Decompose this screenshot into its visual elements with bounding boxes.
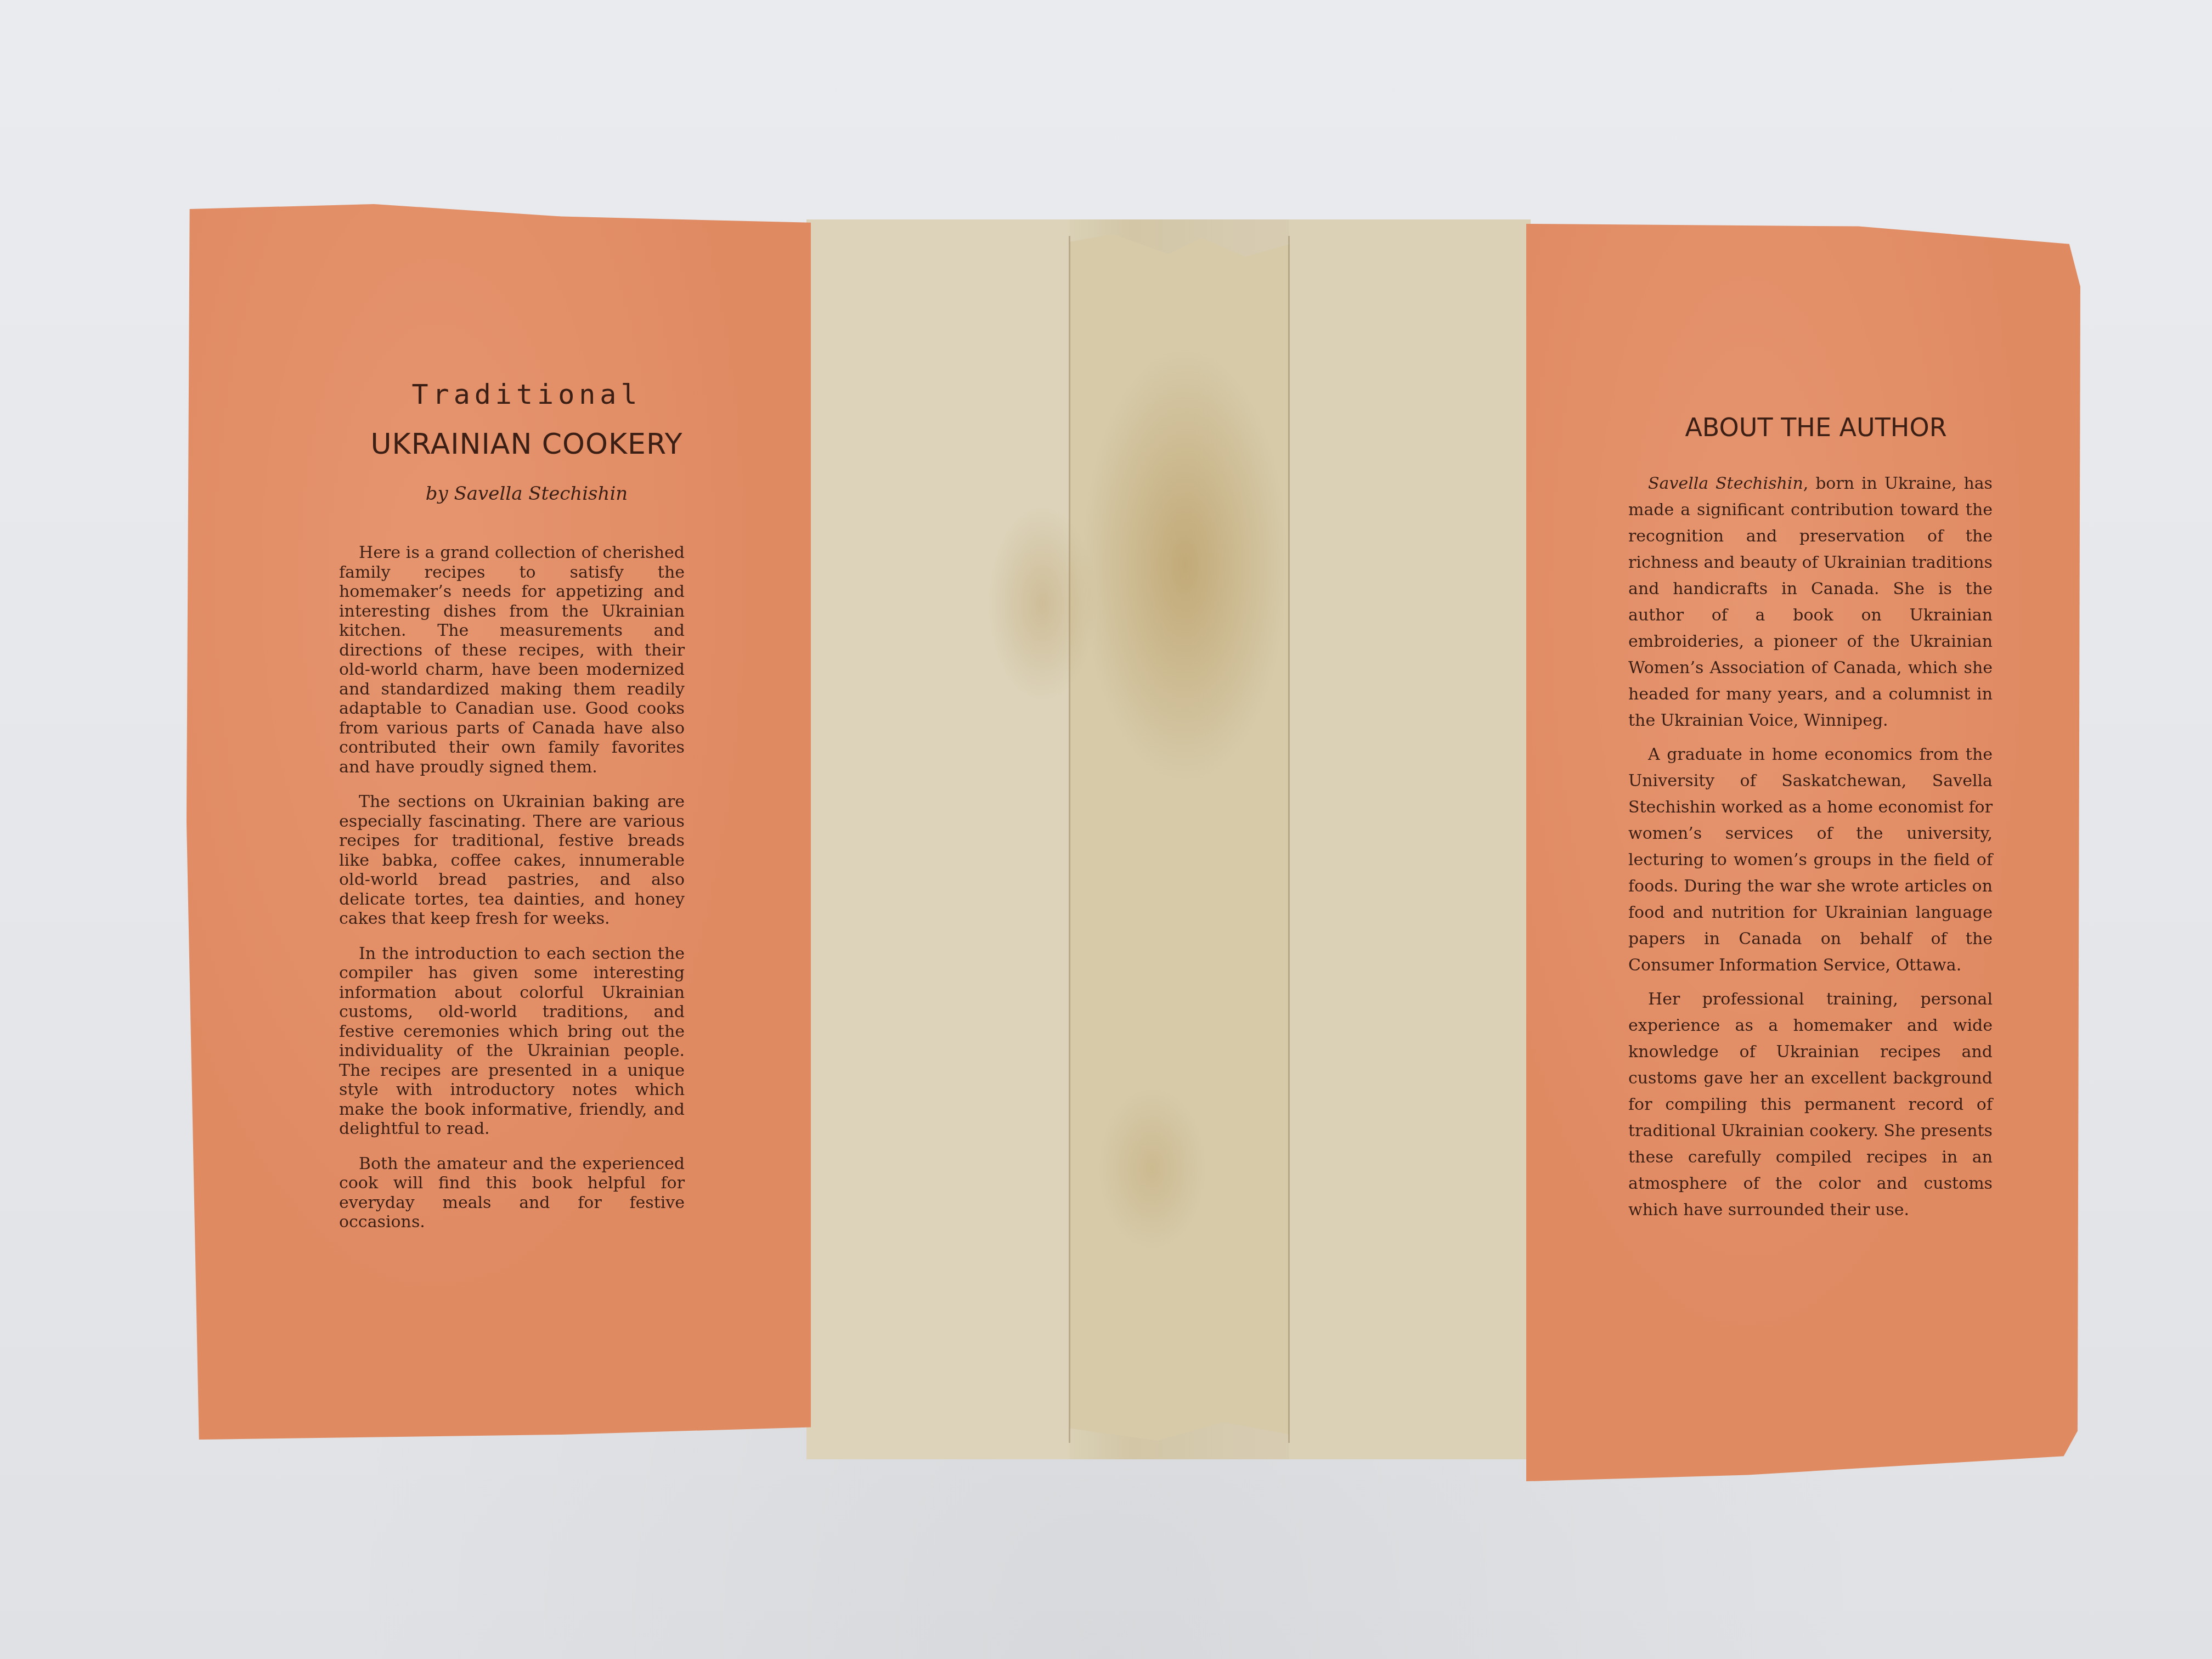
dust-jacket: Traditional UKRAINIAN COOKERY by Savella… — [0, 0, 2212, 1659]
front-flap-body: Here is a grand collection of cherished … — [339, 543, 685, 1248]
front-flap-paragraph: Here is a grand collection of cherished … — [339, 543, 685, 777]
book-title-line1: Traditional — [307, 379, 746, 410]
water-stain — [1097, 1086, 1207, 1251]
author-bio-text: , born in Ukraine, has made a significan… — [1628, 474, 1993, 730]
front-flap-paragraph: In the introduction to each section the … — [339, 944, 685, 1139]
front-flap-paragraph: The sections on Ukrainian baking are esp… — [339, 792, 685, 929]
back-flap-paragraph: Savella Stechishin, born in Ukraine, has… — [1628, 471, 1993, 734]
fold-line — [1069, 236, 1070, 1443]
inner-panel-left — [806, 219, 1070, 1459]
author-byline: by Savella Stechishin — [307, 483, 746, 505]
front-flap-paragraph: Both the amateur and the experienced coo… — [339, 1154, 685, 1232]
back-flap-body: Savella Stechishin, born in Ukraine, has… — [1628, 471, 1993, 1231]
water-stain — [1081, 346, 1289, 785]
fold-line — [1288, 236, 1290, 1443]
inner-panel-right — [1289, 219, 1531, 1459]
water-stain — [988, 505, 1097, 702]
author-name: Savella Stechishin — [1648, 474, 1803, 493]
back-flap-paragraph: A graduate in home economics from the Un… — [1628, 742, 1993, 979]
back-flap-paragraph: Her professional training, personal expe… — [1628, 986, 1993, 1223]
book-title-line2: UKRAINIAN COOKERY — [307, 428, 746, 461]
jacket-inner-spine-area — [806, 219, 1531, 1459]
about-author-heading: ABOUT THE AUTHOR — [1629, 413, 2002, 442]
